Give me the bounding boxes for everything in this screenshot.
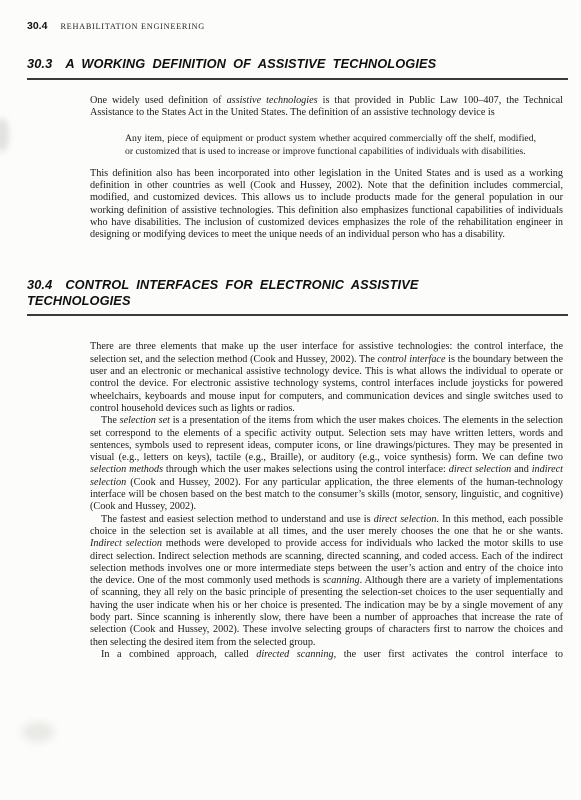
section-number: 30.3: [27, 56, 52, 72]
page-number: 30.4: [27, 20, 47, 32]
paragraph: This definition also has been incorporat…: [90, 168, 563, 242]
scan-artifact: [0, 118, 9, 152]
definition-quote: Any item, piece of equipment or product …: [125, 133, 536, 159]
book-page: 30.4 REHABILITATION ENGINEERING 30.3A WO…: [0, 0, 581, 800]
section-30-3-heading: 30.3A WORKING DEFINITION OF ASSISTIVE TE…: [27, 56, 568, 80]
paragraph: In a combined approach, called directed …: [90, 649, 563, 661]
section-title: A WORKING DEFINITION OF ASSISTIVE TECHNO…: [65, 56, 436, 71]
paragraph: The fastest and easiest selection method…: [90, 514, 563, 649]
section-number: 30.4: [27, 277, 52, 293]
running-title: REHABILITATION ENGINEERING: [60, 22, 205, 31]
running-head: 30.4 REHABILITATION ENGINEERING: [27, 20, 567, 32]
scan-artifact: [22, 722, 54, 742]
paragraph: One widely used definition of assistive …: [90, 95, 563, 120]
paragraph: There are three elements that make up th…: [90, 341, 563, 415]
section-title: CONTROL INTERFACES FOR ELECTRONIC ASSIST…: [27, 277, 419, 308]
paragraph: The selection set is a presentation of t…: [90, 415, 563, 513]
section-30-4-heading: 30.4CONTROL INTERFACES FOR ELECTRONIC AS…: [27, 277, 568, 316]
